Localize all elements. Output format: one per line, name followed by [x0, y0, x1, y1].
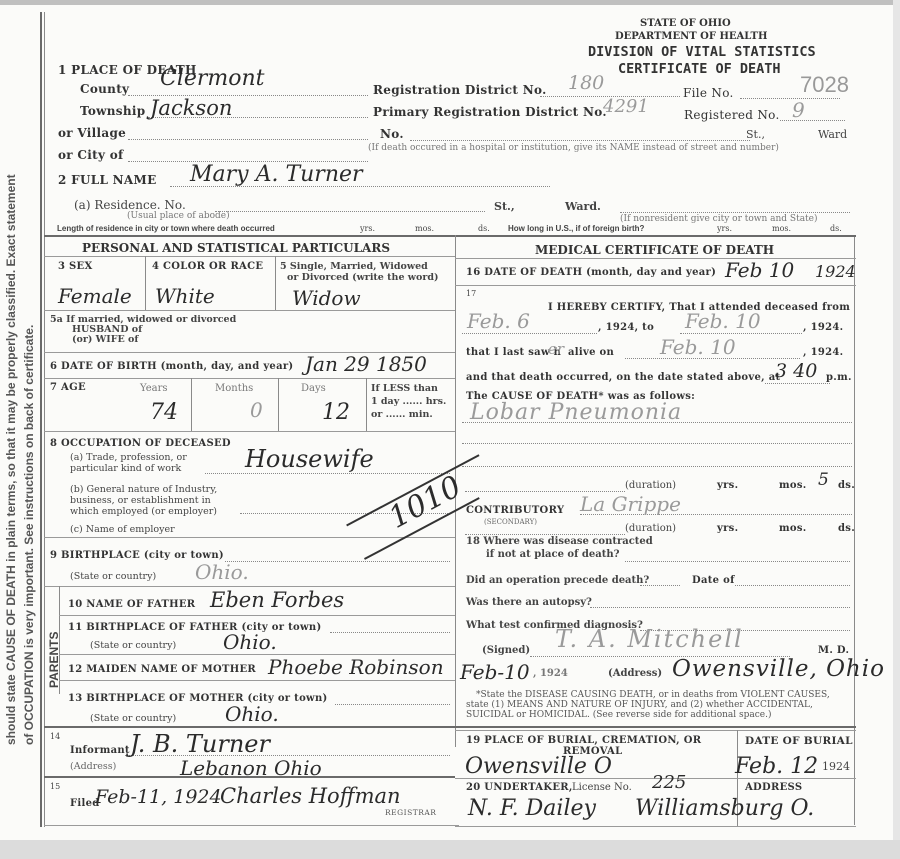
sex-label: 3 SEX: [58, 261, 93, 272]
attended-to: Feb. 10: [685, 309, 761, 333]
last-saw-year: , 1924.: [803, 347, 843, 358]
file-no-label: File No.: [683, 86, 734, 100]
informant-num: 14: [50, 732, 60, 741]
undertaker-label: 20 UNDERTAKER,: [466, 782, 573, 793]
less-label-2: 1 day ...... hrs.: [371, 396, 446, 407]
frame-left-inner: [44, 12, 45, 827]
reg-district-label: Registration District No.: [373, 83, 547, 97]
filed-date: Feb-11, 1924: [95, 786, 222, 808]
primary-reg-value: 4291: [603, 96, 649, 117]
burial-place-label-1: 19 PLACE OF BURIAL, CREMATION, OR: [466, 735, 701, 746]
age-label: 7 AGE: [50, 382, 86, 393]
county-label: County: [80, 82, 129, 96]
marital-value: Widow: [292, 286, 361, 310]
registered-no-value: 9: [792, 98, 805, 122]
secondary-label: (SECONDARY): [484, 518, 537, 526]
months-label: Months: [215, 383, 253, 394]
dod-label: 16 DATE OF DEATH (month, day and year): [466, 267, 716, 278]
scan-edge-right: [893, 0, 900, 840]
physician-address-label: (Address): [608, 668, 662, 679]
length-mos: mos.: [415, 224, 434, 233]
autopsy-label: Was there an autopsy?: [466, 597, 592, 608]
foreign-yrs: yrs.: [717, 224, 732, 233]
race-value: White: [155, 284, 215, 308]
duration-yrs-1: yrs.: [717, 480, 738, 491]
full-name-label: 2 FULL NAME: [58, 173, 157, 187]
duration-yrs-2: yrs.: [717, 523, 738, 534]
death-certificate: should state CAUSE OF DEATH in plain ter…: [0, 0, 900, 859]
residence-label: (a) Residence. No.: [74, 198, 186, 212]
informant-label: Informant: [70, 745, 130, 756]
physician-signature: T. A. Mitchell: [555, 625, 744, 653]
street-ward-label: Ward: [818, 128, 847, 141]
personal-section-title: PERSONAL AND STATISTICAL PARTICULARS: [82, 241, 390, 255]
occ-b-label-2: business, or establishment in: [70, 495, 211, 506]
county-value: Clermont: [160, 66, 265, 91]
occ-b-label-1: (b) General nature of Industry,: [70, 484, 217, 495]
undertaker-address: Williamsburg O.: [635, 796, 814, 821]
burial-date-value: Feb. 12: [735, 754, 818, 779]
filed-num: 15: [50, 782, 60, 791]
father-birthplace-label: 11 BIRTHPLACE OF FATHER (city or town): [68, 622, 322, 633]
mother-name-value: Phoebe Robinson: [268, 655, 444, 679]
alive-on-label: alive on: [568, 347, 614, 358]
burial-date-label: DATE OF BURIAL: [745, 735, 853, 747]
mother-name-label: 12 MAIDEN NAME OF MOTHER: [68, 664, 256, 675]
duration-mos-1: mos.: [779, 480, 807, 491]
township-value: Jackson: [150, 96, 232, 120]
mother-birth-state-label: (State or country): [90, 713, 176, 724]
duration-ds-2: ds.: [838, 523, 855, 534]
frame-left: [40, 12, 42, 827]
full-name-value: Mary A. Turner: [190, 162, 363, 187]
father-name-value: Eben Forbes: [210, 588, 344, 612]
license-value: 225: [652, 772, 686, 793]
dob-label: 6 DATE OF BIRTH (month, day, and year): [50, 361, 293, 372]
contributory-value: La Grippe: [580, 492, 681, 516]
burial-year: 1924: [822, 760, 850, 773]
signed-year: , 1924: [533, 668, 568, 679]
occ-a-label-1: (a) Trade, profession, or: [70, 452, 187, 463]
file-no-value: 7028: [800, 72, 849, 98]
signed-date: Feb-10: [460, 660, 530, 684]
md-label: M. D.: [818, 645, 849, 656]
years-label: Years: [140, 383, 168, 394]
occ-a-label-2: particular kind of work: [70, 463, 181, 474]
length-residence-label: Length of residence in city or town wher…: [57, 224, 275, 233]
date-of-label: Date of: [692, 575, 735, 586]
race-label: 4 COLOR OR RACE: [152, 261, 263, 272]
foreign-birth-label: How long in U.S., if of foreign birth?: [508, 224, 644, 233]
informant-name: J. B. Turner: [130, 730, 270, 758]
time-of-death: 3 40: [775, 360, 817, 382]
father-birth-state-label: (State or country): [90, 640, 176, 651]
occupation-label: 8 OCCUPATION OF DECEASED: [50, 438, 231, 449]
duration-label-2: (duration): [625, 523, 676, 534]
attended-from: Feb. 6: [467, 309, 530, 333]
footnote-1: *State the DISEASE CAUSING DEATH, or in …: [476, 690, 830, 700]
spouse-label-3: (or) WIFE of: [72, 334, 138, 345]
license-label: License No.: [572, 782, 632, 793]
foreign-ds: ds.: [830, 224, 842, 233]
last-saw-pronoun: er: [548, 340, 564, 358]
occupation-value: Housewife: [245, 445, 374, 473]
dod-year: 1924: [815, 262, 856, 281]
father-name-label: 10 NAME OF FATHER: [68, 599, 195, 610]
street-st-label: St.,: [746, 128, 765, 141]
reg-district-value: 180: [568, 72, 604, 94]
occ-c-label: (c) Name of employer: [70, 524, 175, 535]
informant-address-label: (Address): [70, 761, 116, 772]
residence-sub: (Usual place of abode): [127, 211, 230, 221]
days-label: Days: [301, 383, 326, 394]
footnote-2: state (1) MEANS AND NATURE OF INJURY, an…: [466, 700, 813, 710]
header-state: STATE OF OHIO: [640, 18, 731, 29]
less-label-1: If LESS than: [371, 383, 438, 394]
pm-label: p.m.: [826, 372, 852, 383]
registrar-signature: Charles Hoffman: [220, 784, 401, 808]
side-note-line1: should state CAUSE OF DEATH in plain ter…: [4, 174, 18, 745]
village-label: or Village: [58, 126, 126, 140]
item-17-num: 17: [466, 289, 476, 298]
city-label: or City of: [58, 148, 123, 162]
last-saw-label: that I last saw h: [466, 347, 561, 358]
burial-place-value: Owensville O: [465, 754, 612, 779]
marital-label: 5 Single, Married, Widowed: [280, 261, 428, 272]
length-ds: ds.: [478, 224, 490, 233]
dob-value: Jan 29 1850: [305, 352, 427, 376]
footnote-3: SUICIDAL or HOMICIDAL. (See reverse side…: [466, 710, 772, 720]
undertaker-name: N. F. Dailey: [468, 796, 596, 821]
undertaker-address-label: ADDRESS: [745, 782, 802, 793]
foreign-mos: mos.: [772, 224, 791, 233]
street-no-label: No.: [380, 127, 404, 141]
medical-section-title: MEDICAL CERTIFICATE OF DEATH: [535, 243, 774, 257]
birthplace-value: Ohio.: [195, 560, 249, 584]
occ-b-label-3: which employed (or employer): [70, 506, 217, 517]
scan-edge-bottom: [0, 840, 900, 859]
duration-label-1: (duration): [625, 480, 676, 491]
occurred-label: and that death occurred, on the date sta…: [466, 372, 780, 383]
header-division: DIVISION OF VITAL STATISTICS: [588, 44, 816, 60]
township-label: Township: [80, 104, 145, 118]
mother-birthplace-label: 13 BIRTHPLACE OF MOTHER (city or town): [68, 693, 328, 704]
hospital-note: (If death occured in a hospital or insti…: [368, 143, 779, 153]
age-days-value: 12: [322, 400, 350, 425]
contributory-label: CONTRIBUTORY: [466, 505, 564, 516]
birthplace-state-label: (State or country): [70, 571, 156, 582]
q18-label-2: if not at place of death?: [486, 549, 619, 560]
q18-label-1: 18 Where was disease contracted: [466, 536, 653, 547]
scan-edge-top: [0, 0, 900, 5]
to-year: , 1924.: [803, 322, 843, 333]
last-saw-date: Feb. 10: [660, 335, 736, 359]
registered-no-label: Registered No.: [684, 108, 780, 122]
duration-days-value: 5: [818, 470, 829, 490]
operation-label: Did an operation precede death?: [466, 575, 649, 586]
dod-value: Feb 10: [725, 258, 794, 282]
header-department: DEPARTMENT OF HEALTH: [615, 31, 767, 42]
length-yrs: yrs.: [360, 224, 375, 233]
less-label-3: or ...... min.: [371, 409, 433, 420]
side-note-line2: of OCCUPATION is very important. See ins…: [22, 325, 36, 745]
from-year: , 1924, to: [598, 322, 654, 333]
header-title: CERTIFICATE OF DEATH: [618, 61, 781, 77]
residence-ward-label: Ward.: [565, 200, 601, 213]
age-months-value: 0: [250, 398, 263, 422]
registrar-label: REGISTRAR: [385, 808, 436, 817]
duration-ds-1: ds.: [838, 480, 855, 491]
primary-reg-label: Primary Registration District No.: [373, 105, 607, 119]
mother-birthplace-value: Ohio.: [225, 702, 279, 726]
duration-mos-2: mos.: [779, 523, 807, 534]
residence-st-label: St.,: [494, 200, 515, 213]
divider-top: [44, 235, 856, 237]
nonresident-note: (If nonresident give city or town and St…: [620, 214, 818, 224]
signed-label: (Signed): [482, 645, 530, 656]
father-birthplace-value: Ohio.: [223, 630, 277, 654]
sex-value: Female: [58, 284, 132, 308]
marital-label-2: or Divorced (write the word): [287, 272, 438, 283]
age-years-value: 74: [150, 400, 178, 425]
physician-address: Owensville, Ohio: [672, 656, 885, 682]
